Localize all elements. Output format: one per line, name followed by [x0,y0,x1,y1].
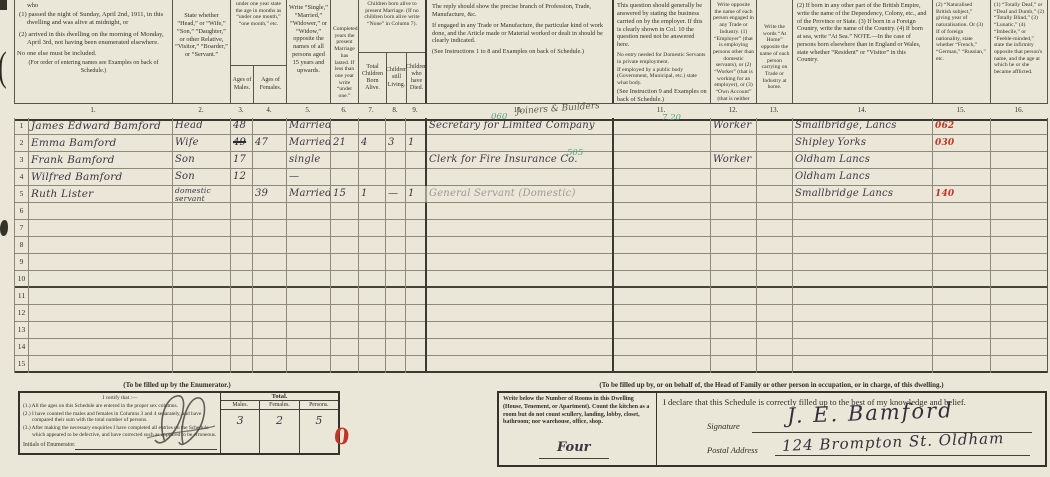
column-number: 1. [83,106,103,114]
cell-marital: single [286,152,330,169]
cell-marital [286,322,330,339]
cell-at_home [756,186,792,203]
cell-status: Worker [710,118,756,135]
cell-marital [286,237,330,254]
cell-infirmity [990,118,1048,135]
enumerator-initials-scrawl [135,392,225,450]
persons-label: Persons. [300,401,338,410]
cell-nationality [932,237,990,254]
green-code-505: 505 [567,148,583,158]
header-col8-children-living: Children still Living. [386,52,406,103]
cell-living: 3 [385,135,405,152]
cell-living [385,322,405,339]
red-mark-zero: 0 [333,423,351,450]
grid-body: 1James Edward BamfordHead48MarriedSecret… [14,118,1048,373]
cell-years [330,118,358,135]
cell-died [405,322,425,339]
cell-name [28,237,172,254]
cell-age_f [252,152,286,169]
cell-age_f: 47 [252,135,286,152]
cell-num: 10 [14,271,28,288]
cell-died [405,237,425,254]
cell-nationality [932,339,990,356]
cell-relation [172,322,230,339]
cell-relation [172,305,230,322]
cell-marital: Married [286,186,330,203]
cell-relation [172,203,230,220]
cell-status [710,271,756,288]
cell-nationality [932,169,990,186]
table-row: 13 [14,322,1048,339]
cell-born [358,237,385,254]
cell-infirmity [990,220,1048,237]
cell-birthplace [792,271,932,288]
header-col5-marital: Write “Single,” “Married,” “Widower,” or… [286,0,330,103]
cell-status: Worker [710,152,756,169]
cell-age_m [230,322,252,339]
cell-years: 21 [330,135,358,152]
cell-relation: Son [172,152,230,169]
cell-name [28,339,172,356]
cell-living [385,254,405,271]
cell-name: Ruth Lister [28,186,172,203]
header-col34-age-group: under one year state the age in months a… [230,0,286,103]
table-row: 7 [14,220,1048,237]
cell-relation [172,237,230,254]
header-col11-p1: This question should generally be answer… [617,2,707,49]
cell-occupation: Secretary for Limited Company [425,118,612,135]
cell-at_home [756,220,792,237]
cell-age_f [252,305,286,322]
cell-age_m [230,288,252,305]
enumerator-totals-table: Total. Males. 3 Females. 2 Persons. 5 [220,393,338,453]
cell-num: 9 [14,254,28,271]
cell-at_home [756,254,792,271]
cell-born [358,118,385,135]
table-row: 15 [14,356,1048,373]
cell-years: 15 [330,186,358,203]
cell-at_home [756,135,792,152]
header-col15-nationality: (2) “Naturalised British subject,” givin… [932,0,990,103]
header-col1-who: who [27,2,170,10]
column-number: 2. [191,106,211,114]
cell-age_f [252,356,286,373]
cell-marital [286,271,330,288]
cell-infirmity [990,254,1048,271]
cell-industry [612,288,710,305]
cell-relation [172,356,230,373]
cell-status [710,220,756,237]
cell-num: 13 [14,322,28,339]
householder-panel-title: (To be filled up by, or on behalf of, th… [500,381,1043,389]
cell-birthplace [792,288,932,305]
cell-birthplace: Smallbridge Lancs [792,186,932,203]
cell-num: 4 [14,169,28,186]
cell-birthplace [792,254,932,271]
header-col1-instructions: who (1) passed the night of Sunday, Apri… [14,0,172,103]
cell-years [330,271,358,288]
header-col16-infirmity: (1) “Totally Deaf,” or “Deaf and Dumb,” … [990,0,1048,103]
cell-occupation [425,254,612,271]
cell-age_f [252,271,286,288]
cell-infirmity [990,305,1048,322]
cell-birthplace [792,305,932,322]
cell-age_f [252,237,286,254]
cell-relation [172,288,230,305]
cell-infirmity [990,271,1048,288]
cell-living [385,220,405,237]
cell-died [405,288,425,305]
table-row: 6 [14,203,1048,220]
cell-age_m [230,305,252,322]
cell-industry [612,322,710,339]
cell-living [385,271,405,288]
cell-relation: domestic servant [172,186,230,203]
cell-occupation [425,288,612,305]
cell-born [358,339,385,356]
females-label: Females. [260,401,298,410]
cell-industry [612,254,710,271]
cell-living [385,356,405,373]
column-number: 5. [298,106,318,114]
cell-nationality [932,220,990,237]
cell-years [330,339,358,356]
cell-birthplace: Shipley Yorks [792,135,932,152]
cell-birthplace: Smallbridge, Lancs [792,118,932,135]
cell-age_f: 39 [252,186,286,203]
cell-at_home [756,118,792,135]
corner-smudge [0,0,7,10]
cell-infirmity [990,152,1048,169]
cell-infirmity [990,288,1048,305]
cell-name [28,220,172,237]
table-row: 8 [14,237,1048,254]
cell-occupation [425,339,612,356]
cell-name [28,305,172,322]
cell-relation [172,254,230,271]
cell-num: 6 [14,203,28,220]
cell-occupation [425,135,612,152]
cell-died [405,220,425,237]
green-code-720: 7.20 [662,113,681,123]
header-col11-industry: This question should generally be answer… [612,0,710,103]
cell-died [405,118,425,135]
header-col11-p4: (See Instruction 9 and Examples on back … [617,88,707,104]
cell-died: 1 [405,186,425,203]
cell-relation [172,220,230,237]
table-row: 3Frank BamfordSon17singleClerk for Fire … [14,152,1048,169]
table-row: 10 [14,271,1048,288]
cell-died [405,356,425,373]
cell-birthplace [792,356,932,373]
cell-birthplace [792,339,932,356]
postal-address-rule [775,455,1030,456]
cell-birthplace [792,322,932,339]
column-number: 15. [951,106,971,114]
cell-marital [286,305,330,322]
declaration-area: I declare that this Schedule is correctl… [657,393,1045,465]
postal-address-label: Postal Address [707,445,758,455]
cell-born [358,288,385,305]
cell-born [358,203,385,220]
cell-born [358,322,385,339]
cell-at_home [756,288,792,305]
cell-years [330,305,358,322]
rooms-instruction-text: Write below the Number of Rooms in this … [503,396,649,425]
cell-occupation [425,305,612,322]
green-code-060: 060 [491,112,507,122]
cell-status [710,339,756,356]
cell-name: Frank Bamford [28,152,172,169]
cell-nationality: 062 [932,118,990,135]
cell-industry [612,203,710,220]
cell-age_f [252,169,286,186]
table-row: 12 [14,305,1048,322]
header-col10-profession: The reply should show the precise branch… [425,0,612,103]
cell-name: Wilfred Bamford [28,169,172,186]
cell-died [405,203,425,220]
header-col1-order: (For order of entering names see Example… [17,60,170,75]
header-col10-p3: (See Instructions 1 to 8 and Examples on… [432,48,607,56]
cell-birthplace [792,237,932,254]
cell-industry [612,169,710,186]
header-col9-children-died: Children who have Died. [406,52,426,103]
cell-age_m [230,203,252,220]
cell-industry [612,237,710,254]
cell-died [405,339,425,356]
cell-name [28,356,172,373]
header-col1-noone: No one else must be included. [17,50,170,58]
cell-born [358,271,385,288]
cell-industry [612,271,710,288]
margin-bracket-mark: ( [0,43,7,91]
header-col34-top-text: under one year state the age in months a… [232,1,285,28]
header-col11-p2: No entry needed for Domestic Servants in… [617,52,707,65]
total-label: Total. [221,393,338,401]
cell-status [710,237,756,254]
header-col4-ages-females: Ages of Females. [253,65,287,103]
cell-died [405,271,425,288]
cell-at_home [756,305,792,322]
cell-num: 3 [14,152,28,169]
cell-num: 2 [14,135,28,152]
table-row: 9 [14,254,1048,271]
cell-num: 14 [14,339,28,356]
cell-infirmity [990,356,1048,373]
cell-industry [612,305,710,322]
cell-age_m: 12 [230,169,252,186]
cell-marital: Married [286,118,330,135]
cell-age_f [252,203,286,220]
cell-status [710,288,756,305]
cell-num: 12 [14,305,28,322]
header-col7-total-children: Total Children Born Alive. [359,52,386,103]
cell-status [710,305,756,322]
cell-industry [612,135,710,152]
females-total: 2 [260,410,298,453]
cell-name [28,322,172,339]
males-label: Males. [221,401,259,410]
cell-occupation [425,237,612,254]
header-col14-birthplace: (2) If born in any other part of the Bri… [792,0,932,103]
cell-years [330,169,358,186]
cell-age_m: 17 [230,152,252,169]
cell-living [385,152,405,169]
column-number: 14. [852,106,872,114]
cell-living [385,305,405,322]
cell-industry [612,220,710,237]
householder-panel: Write below the Number of Rooms in this … [497,391,1047,467]
cell-age_m [230,220,252,237]
column-number: 4. [259,106,279,114]
cell-marital [286,203,330,220]
header-col10-p1: The reply should show the precise branch… [432,3,607,19]
column-number: 8. [385,106,405,114]
cell-nationality [932,203,990,220]
cell-born [358,356,385,373]
cell-age_m [230,237,252,254]
header-col11-p3: If employed by a public body (Government… [617,67,707,87]
table-row: 5Ruth Listerdomestic servant39Married151… [14,186,1048,203]
cell-name: James Edward Bamford [28,118,172,135]
cell-name [28,288,172,305]
cell-occupation [425,356,612,373]
cell-industry [612,356,710,373]
cell-name [28,271,172,288]
cell-industry [612,118,710,135]
header-col12-employment-status: Write opposite the name of each person e… [710,0,756,103]
cell-num: 7 [14,220,28,237]
cell-born [358,152,385,169]
cell-nationality [932,288,990,305]
cell-status [710,356,756,373]
cell-status [710,135,756,152]
header-col1-item1: (1) passed the night of Sunday, April 2n… [17,11,170,27]
cell-age_m [230,254,252,271]
cell-industry [612,339,710,356]
cell-years [330,322,358,339]
header-col13-at-home: Write the words “At Home” opposite the n… [756,0,792,103]
cell-infirmity [990,135,1048,152]
cell-occupation: Clerk for Fire Insurance Co. [425,152,612,169]
cell-nationality [932,356,990,373]
cell-occupation [425,203,612,220]
cell-at_home [756,339,792,356]
cell-name [28,203,172,220]
cell-num: 1 [14,118,28,135]
cell-nationality: 140 [932,186,990,203]
cell-num: 5 [14,186,28,203]
cell-at_home [756,237,792,254]
cell-marital [286,288,330,305]
table-row: 14 [14,339,1048,356]
cell-status [710,203,756,220]
cell-at_home [756,203,792,220]
cell-age_f [252,254,286,271]
cell-years [330,203,358,220]
cell-industry [612,152,710,169]
cell-relation [172,339,230,356]
cell-birthplace: Oldham Lancs [792,169,932,186]
cell-nationality [932,305,990,322]
cell-occupation: General Servant (Domestic) [425,186,612,203]
cell-died [405,305,425,322]
cell-age_f [252,220,286,237]
cell-living: — [385,186,405,203]
cell-name: Emma Bamford [28,135,172,152]
cell-industry [612,186,710,203]
cell-relation: Son [172,169,230,186]
cell-marital [286,254,330,271]
cell-age_f [252,339,286,356]
header-col2-relationship: State whether “Head,” or “Wife,” “Son,” … [172,0,230,103]
table-row: 2Emma BamfordWife4947Married21431Shipley… [14,135,1048,152]
cell-marital [286,220,330,237]
cell-age_m [230,186,252,203]
cell-born [358,169,385,186]
cell-born: 1 [358,186,385,203]
header-col10-p2: If engaged in any Trade or Manufacture, … [432,22,607,46]
cell-infirmity [990,322,1048,339]
cell-nationality [932,152,990,169]
cell-at_home [756,271,792,288]
cell-living [385,288,405,305]
cell-at_home [756,322,792,339]
cell-at_home [756,169,792,186]
cell-status [710,254,756,271]
cell-years [330,356,358,373]
column-number: 7. [361,106,381,114]
cell-born: 4 [358,135,385,152]
cell-relation: Wife [172,135,230,152]
cell-years [330,220,358,237]
cell-age_m: 49 [230,135,252,152]
signature-handwritten: J. E. Bamford [787,398,954,428]
cell-num: 15 [14,356,28,373]
cell-birthplace [792,220,932,237]
cell-years [330,254,358,271]
cell-born [358,305,385,322]
cell-status [710,169,756,186]
cell-infirmity [990,339,1048,356]
cell-years [330,288,358,305]
cell-nationality [932,254,990,271]
cell-nationality [932,271,990,288]
cell-born [358,254,385,271]
cell-living [385,237,405,254]
cell-num: 8 [14,237,28,254]
cell-at_home [756,356,792,373]
cell-nationality [932,322,990,339]
cell-name [28,254,172,271]
column-number: 13. [764,106,784,114]
cell-infirmity [990,186,1048,203]
cell-occupation [425,322,612,339]
initials-label: Initials of Enumerator. [23,442,75,449]
cell-nationality: 030 [932,135,990,152]
signature-label: Signature [707,421,740,431]
table-row: 1James Edward BamfordHead48MarriedSecret… [14,118,1048,135]
cell-status [710,322,756,339]
cell-birthplace: Oldham Lancs [792,152,932,169]
column-number: 12. [723,106,743,114]
census-schedule-scan: ( who (1) passed the night of Sunday, Ap… [0,0,1050,477]
cell-living [385,118,405,135]
cell-marital [286,339,330,356]
cell-age_f [252,118,286,135]
cell-infirmity [990,237,1048,254]
cell-infirmity [990,169,1048,186]
